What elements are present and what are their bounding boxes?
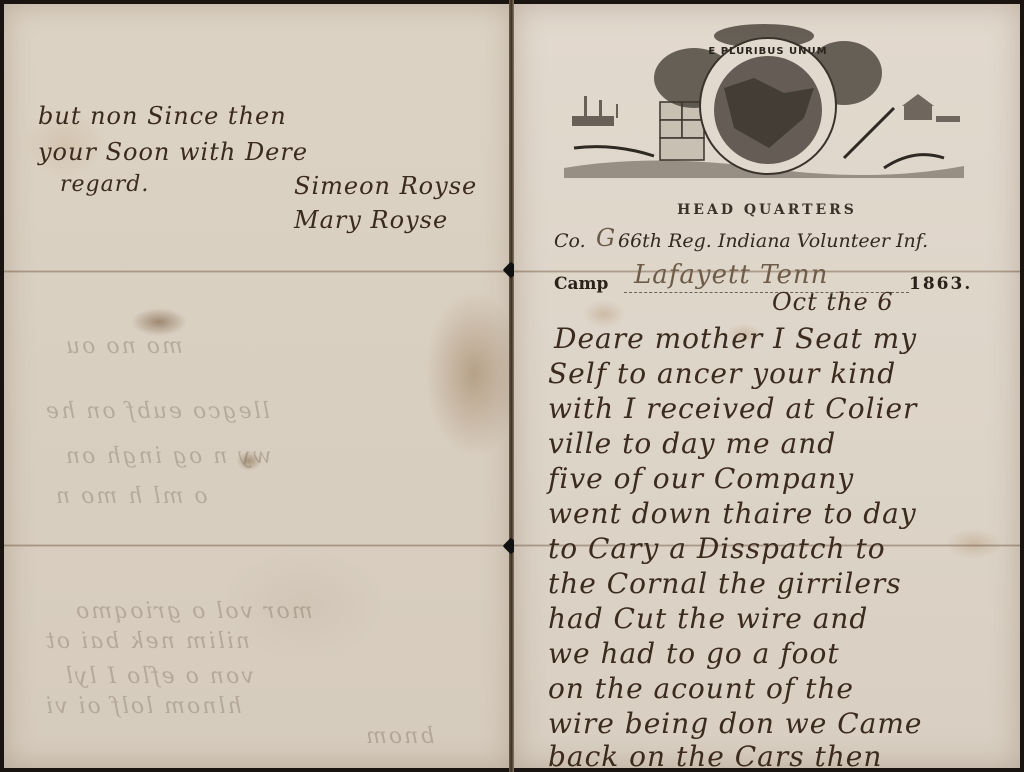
letter-page-left: but non Since then your Soon with Dere r…	[4, 4, 512, 768]
body-line: to Cary a Disspatch to	[548, 532, 886, 565]
bleed-through-text: o ml h mo n	[54, 484, 208, 509]
fold-crease	[4, 544, 512, 547]
letterhead-heading: HEAD QUARTERS	[514, 202, 1020, 218]
regiment-line: 66th Reg. Indiana Volunteer Inf.	[618, 230, 928, 252]
closing-line: regard.	[60, 172, 149, 197]
closing-line: but non Since then	[38, 102, 287, 130]
letter-page-right: E PLURIBUS UNUM HEAD QUARTERS Co. G 66th…	[514, 4, 1020, 768]
seal-motto: E PLURIBUS UNUM	[708, 46, 827, 57]
ship-icon	[572, 96, 618, 126]
bleed-through-text: hlnom lolf oi vi	[44, 694, 242, 719]
body-line: back on the Cars then	[548, 740, 882, 768]
closing-line: your Soon with Dere	[38, 138, 308, 166]
body-line: on the acount of the	[548, 672, 854, 705]
body-line: Deare mother I Seat my	[554, 322, 917, 355]
bleed-through-text: von o eflo I lyl	[64, 664, 254, 689]
body-line: went down thaire to day	[548, 497, 917, 530]
body-line: wire being don we Came	[548, 707, 922, 740]
body-line: with I received at Colier	[548, 392, 917, 425]
body-line: had Cut the wire and	[548, 602, 868, 635]
body-line: the Cornal the girrilers	[548, 567, 902, 600]
company-value: G	[596, 224, 616, 252]
bleed-through-text: mor vol o grioqmo	[74, 599, 313, 624]
bleed-through-text: llegco eubf on he	[44, 399, 270, 424]
body-line: we had to go a foot	[548, 637, 840, 670]
cotton-bales-icon	[660, 102, 704, 160]
letter-date: Oct the 6	[772, 288, 894, 316]
body-line: Self to ancer your kind	[548, 357, 896, 390]
letterhead-engraving: E PLURIBUS UNUM	[554, 18, 974, 194]
signature-simeon: Simeon Royse	[294, 172, 477, 200]
body-line: ville to day me and	[548, 427, 836, 460]
letterhead-year: 1863.	[909, 274, 972, 294]
bleed-through-text: bnom	[364, 724, 434, 749]
camp-label: Camp	[554, 274, 608, 294]
signature-mary: Mary Royse	[294, 206, 448, 234]
bleed-through-text: mo no ou	[64, 334, 183, 359]
body-line: five of our Company	[548, 462, 854, 495]
company-prefix: Co.	[554, 230, 586, 252]
farmhouse-icon	[902, 94, 960, 122]
fold-crease	[4, 270, 512, 273]
bleed-through-text: wy n og ingh on	[64, 444, 272, 469]
bleed-through-text: nilim nek bai ot	[44, 629, 250, 654]
camp-place: Lafayett Tenn	[634, 260, 828, 290]
